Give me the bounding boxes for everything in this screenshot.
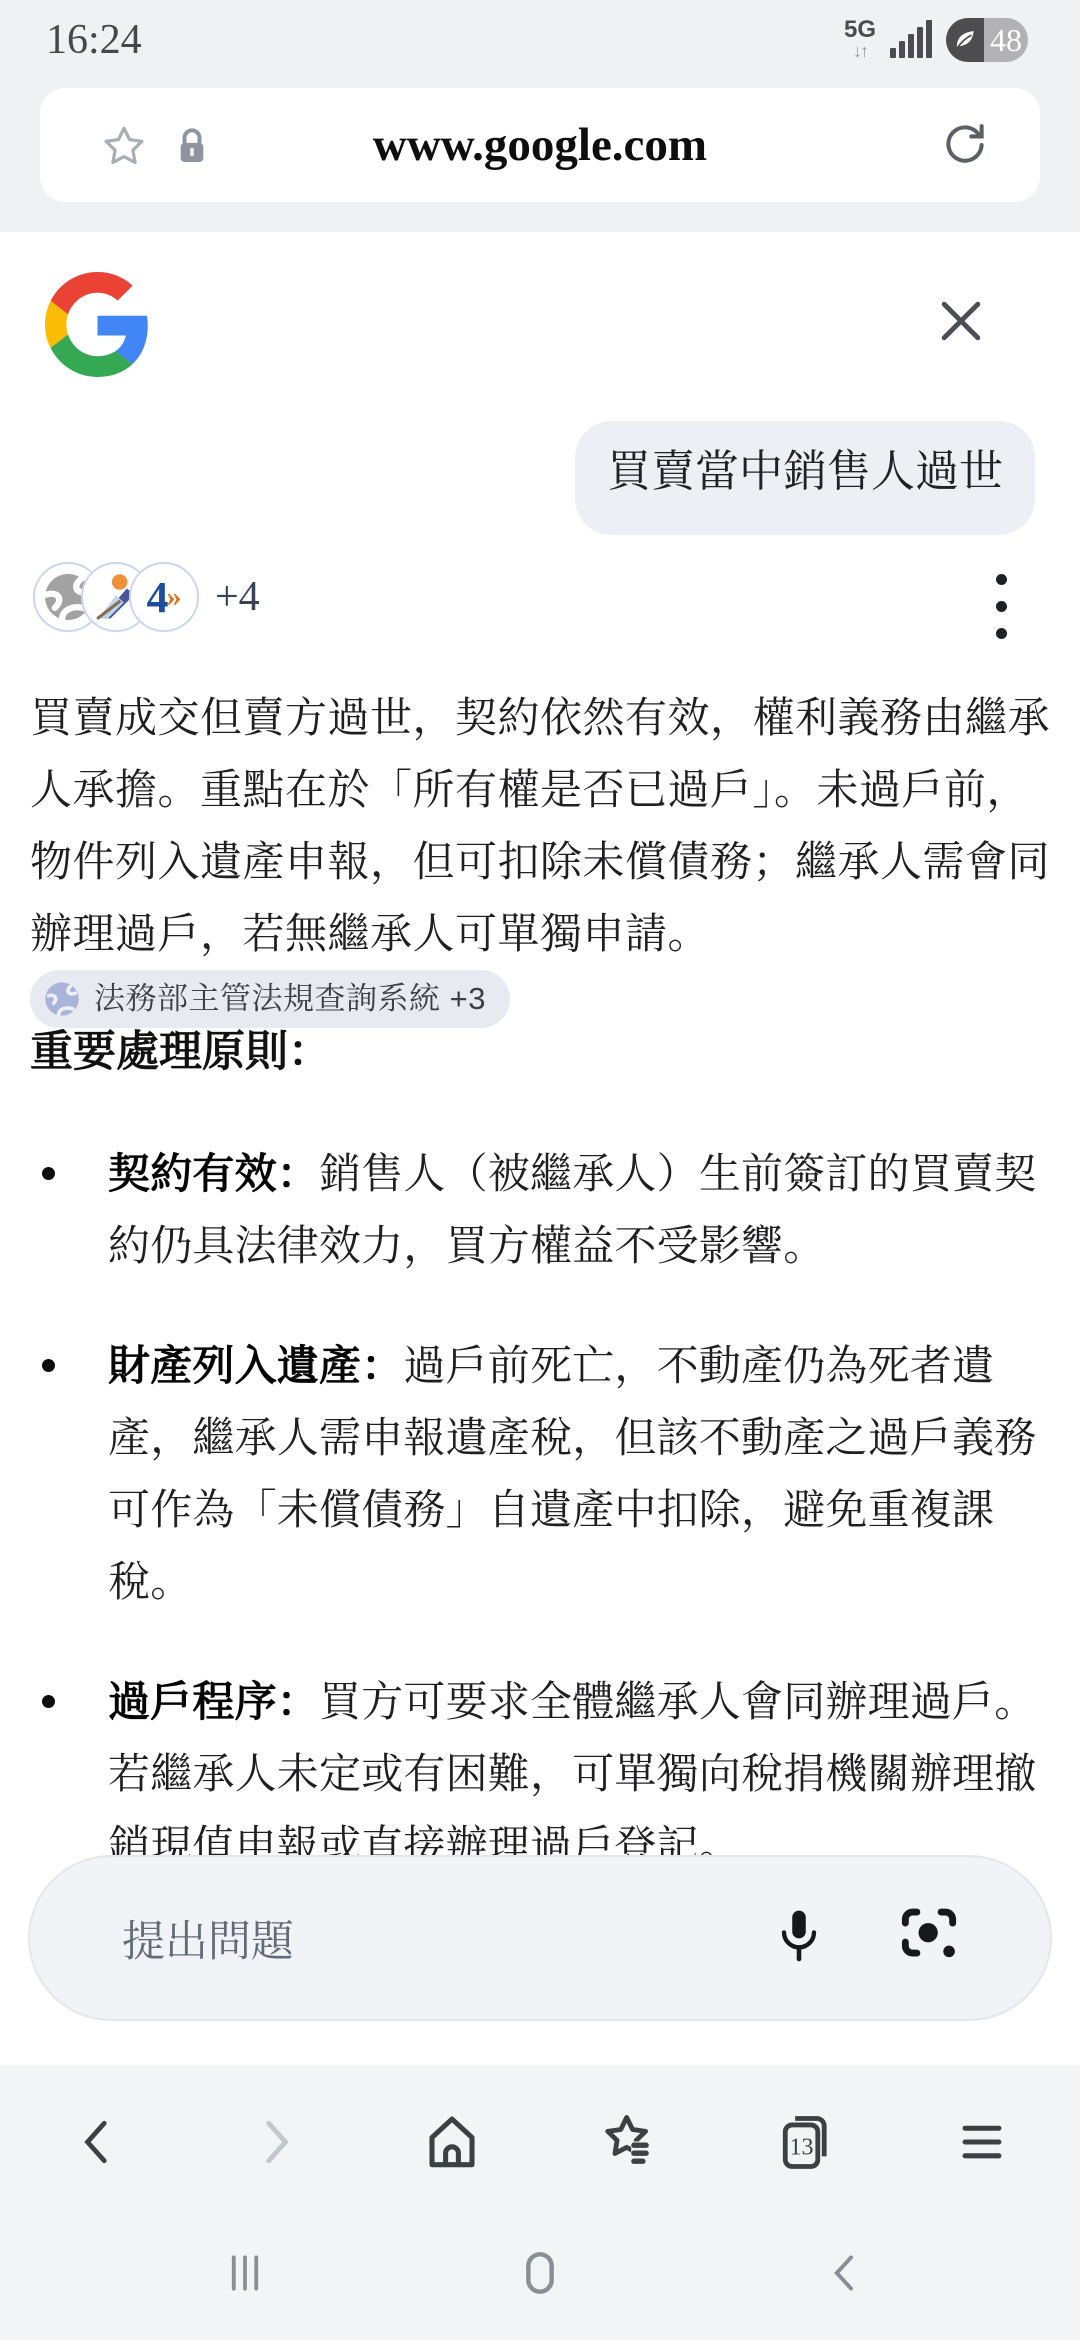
list-item: 過戶程序：買方可要求全體繼承人會同辦理過戶。若繼承人未定或有困難，可單獨向稅捐機… (0, 1666, 1080, 1882)
phone-screen: 16:24 5G ↓↑ 48 (0, 0, 1080, 2340)
android-nav-bar (0, 2218, 1080, 2340)
answer-text: 買賣成交但賣方過世，契約依然有效，權利義務由繼承人承擔。重點在於「所有權是否已過… (30, 694, 1050, 957)
source-favicons[interactable]: 4 » +4 (33, 562, 260, 632)
recents-icon[interactable] (200, 2228, 290, 2318)
lock-icon[interactable] (172, 125, 212, 174)
battery-icon: 48 (946, 18, 1028, 62)
bullet-lead: 過戶程序： (108, 1678, 319, 1725)
user-query-bubble: 買賣當中銷售人過世 (575, 421, 1035, 535)
browser-toolbar: 13 (0, 2065, 1080, 2218)
principles-list: 契約有效：銷售人（被繼承人）生前簽訂的買賣契約仍具法律效力，買方權益不受影響。 … (0, 1138, 1080, 1930)
bookmarks-icon[interactable] (588, 2102, 668, 2182)
bullet-icon (42, 1167, 55, 1180)
address-bar[interactable]: www.google.com (40, 88, 1040, 202)
list-item: 契約有效：銷售人（被繼承人）生前簽訂的買賣契約仍具法律效力，買方權益不受影響。 (0, 1138, 1080, 1282)
bullet-icon (42, 1695, 55, 1708)
more-options-kebab-icon[interactable] (990, 568, 1013, 645)
ask-input-placeholder: 提出問題 (122, 1908, 770, 1969)
network-type-label: 5G (844, 18, 876, 42)
home-pill-icon[interactable] (495, 2228, 585, 2318)
numbered-favicon: 4 » (129, 562, 199, 632)
back-icon[interactable] (58, 2102, 138, 2182)
more-sources-count: +4 (215, 573, 260, 621)
status-icons: 5G ↓↑ 48 (844, 18, 1028, 62)
home-icon[interactable] (412, 2102, 492, 2182)
battery-saver-leaf-icon (946, 18, 984, 62)
clock: 16:24 (46, 16, 142, 64)
bullet-lead: 契約有效： (108, 1150, 319, 1197)
signal-strength-icon (890, 20, 932, 58)
battery-percent: 48 (990, 22, 1022, 59)
bullet-icon (42, 1359, 55, 1372)
top-zone: 16:24 5G ↓↑ 48 (0, 0, 1080, 232)
chip-globe-icon (42, 979, 82, 1019)
network-indicator: 5G ↓↑ (844, 18, 876, 60)
ai-answer-paragraph: 買賣成交但賣方過世，契約依然有效，權利義務由繼承人承擔。重點在於「所有權是否已過… (30, 682, 1055, 1045)
status-bar: 16:24 5G ↓↑ 48 (0, 0, 1080, 78)
bookmark-star-icon[interactable] (98, 121, 150, 178)
forward-icon[interactable] (235, 2102, 315, 2182)
back-chevron-icon[interactable] (800, 2228, 890, 2318)
google-g-logo (45, 272, 150, 382)
lens-camera-icon[interactable] (896, 1903, 962, 1974)
close-icon[interactable] (930, 290, 992, 357)
menu-icon[interactable] (942, 2102, 1022, 2182)
section-heading: 重要處理原則： (30, 1018, 331, 1079)
tab-count: 13 (790, 2134, 814, 2160)
tabs-icon[interactable]: 13 (765, 2102, 845, 2182)
ai-mode-panel: 買賣當中銷售人過世 4 » (0, 232, 1080, 2065)
bullet-lead: 財產列入遺產： (108, 1342, 403, 1389)
refresh-icon[interactable] (938, 118, 992, 177)
list-item: 財產列入遺產：過戶前死亡，不動產仍為死者遺產，繼承人需申報遺產稅，但該不動產之過… (0, 1330, 1080, 1618)
chip-label: 法務部主管法規查詢系統 +3 (94, 980, 486, 1017)
mic-icon[interactable] (770, 1904, 828, 1973)
ask-input[interactable]: 提出問題 (28, 1855, 1052, 2021)
data-arrows-icon: ↓↑ (853, 42, 867, 60)
